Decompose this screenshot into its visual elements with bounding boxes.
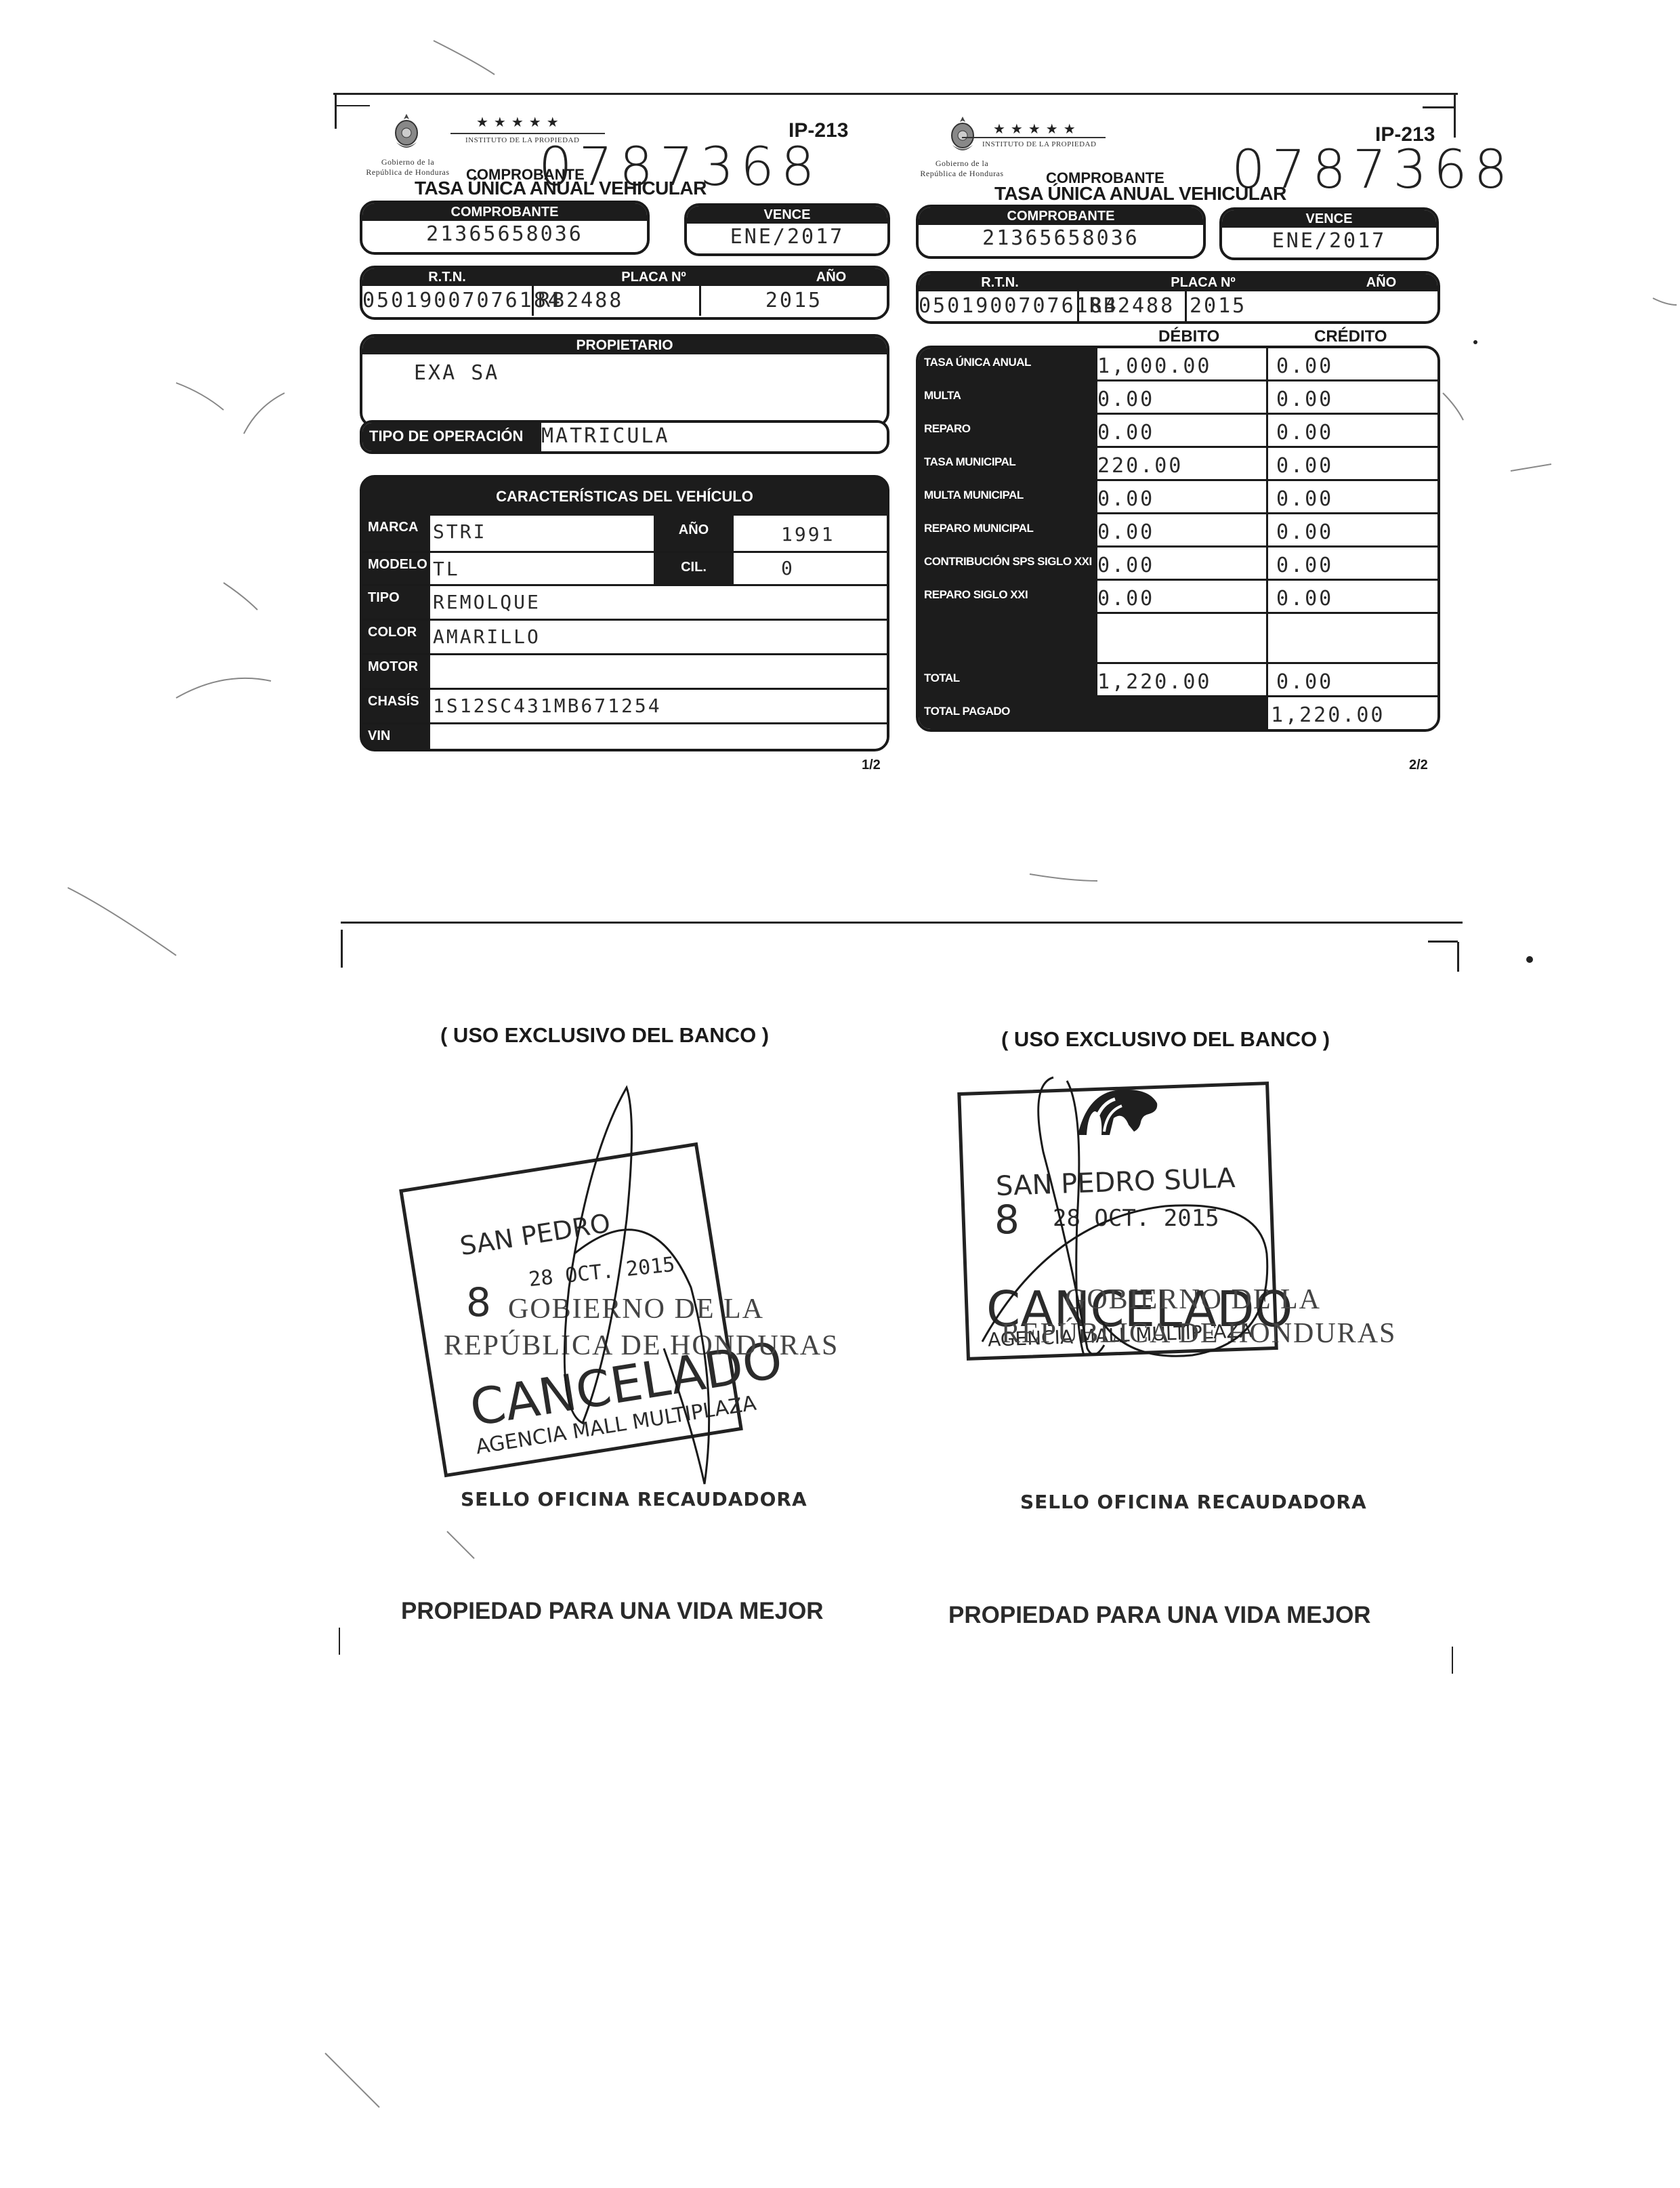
charge-credito: 0.00 bbox=[1268, 415, 1437, 448]
frame-left-tick bbox=[341, 930, 343, 968]
vehicle-characteristics-box: CARACTERÍSTICAS DEL VEHÍCULO MARCA STRI … bbox=[360, 475, 889, 751]
rtn-label: R.T.N. bbox=[362, 268, 532, 286]
charge-row: REPARO0.000.00 bbox=[919, 415, 1437, 448]
blank-row bbox=[919, 614, 1437, 664]
frame-left-short bbox=[336, 105, 370, 106]
collection-office-label: SELLO OFICINA RECAUDADORA bbox=[1020, 1491, 1367, 1513]
tipo-operacion-label: TIPO DE OPERACIÓN bbox=[362, 423, 541, 451]
charge-label: REPARO SIGLO XXI bbox=[919, 581, 1097, 614]
total-pagado-label: TOTAL PAGADO bbox=[919, 697, 1097, 730]
charge-label: MULTA MUNICIPAL bbox=[919, 481, 1097, 514]
rtn-value: 05019007076184 bbox=[919, 291, 1079, 321]
rtn-label: R.T.N. bbox=[919, 274, 1081, 291]
charge-credito: 0.00 bbox=[1268, 348, 1437, 381]
gov-seal-line1: GOBIERNO DE LA bbox=[508, 1293, 764, 1325]
charge-row: MULTA MUNICIPAL0.000.00 bbox=[919, 481, 1437, 514]
rtn-box: R.T.N. PLACA Nº AÑO 05019007076184 RB248… bbox=[360, 266, 889, 320]
charges-body: TASA ÚNICA ANUAL1,000.000.00MULTA0.000.0… bbox=[919, 348, 1437, 614]
total-pagado-row: TOTAL PAGADO 1,220.00 bbox=[919, 697, 1437, 730]
motto: PROPIEDAD PARA UNA VIDA MEJOR bbox=[948, 1602, 1371, 1629]
frame-right-bottom bbox=[1452, 1647, 1453, 1674]
tipo-label: TIPO bbox=[362, 586, 430, 619]
vence-value: ENE/2017 bbox=[1222, 228, 1436, 255]
charge-row: MULTA0.000.00 bbox=[919, 381, 1437, 415]
page-number: 2/2 bbox=[1409, 758, 1428, 773]
charge-row: CONTRIBUCIÓN SPS SIGLO XXI0.000.00 bbox=[919, 548, 1437, 581]
vence-label: VENCE bbox=[687, 206, 887, 224]
anio-value: 2015 bbox=[701, 286, 887, 316]
placa-label: PLACA Nº bbox=[532, 268, 776, 286]
charge-label: REPARO bbox=[919, 415, 1097, 448]
charge-credito: 0.00 bbox=[1268, 548, 1437, 581]
motto: PROPIEDAD PARA UNA VIDA MEJOR bbox=[401, 1598, 824, 1625]
vence-value: ENE/2017 bbox=[687, 224, 887, 251]
color-label: COLOR bbox=[362, 621, 430, 653]
cilindros-label: CIL. bbox=[654, 553, 734, 584]
gov-name: Gobierno de la República de Honduras bbox=[360, 157, 455, 178]
charge-credito: 0.00 bbox=[1268, 514, 1437, 548]
credito-header: CRÉDITO bbox=[1314, 327, 1387, 346]
total-label: TOTAL bbox=[919, 664, 1097, 697]
charge-label: TASA ÚNICA ANUAL bbox=[919, 348, 1097, 381]
cilindros-value: 0 bbox=[734, 553, 887, 584]
stamp-date: 28 OCT. 2015 bbox=[1053, 1205, 1219, 1232]
vence-label: VENCE bbox=[1222, 210, 1436, 228]
propietario-box: PROPIETARIO EXA SA bbox=[360, 334, 889, 428]
charge-label: REPARO MUNICIPAL bbox=[919, 514, 1097, 548]
charge-label: CONTRIBUCIÓN SPS SIGLO XXI bbox=[919, 548, 1097, 581]
chasis-label: CHASÍS bbox=[362, 690, 430, 722]
total-debito: 1,220.00 bbox=[1097, 664, 1268, 697]
handwritten-signatures bbox=[0, 0, 1680, 2188]
marca-label: MARCA bbox=[362, 516, 430, 551]
charge-row: TASA ÚNICA ANUAL1,000.000.00 bbox=[919, 348, 1437, 381]
tipo-operacion-value: MATRICULA bbox=[541, 423, 670, 451]
charge-credito: 0.00 bbox=[1268, 481, 1437, 514]
document-title: TASA ÚNICA ANUAL VEHICULAR bbox=[415, 178, 707, 199]
total-pagado-value: 1,220.00 bbox=[1268, 697, 1437, 730]
marca-value: STRI bbox=[430, 516, 654, 551]
institute-name: INSTITUTO DE LA PROPIEDAD bbox=[982, 140, 1096, 148]
charge-label: TASA MUNICIPAL bbox=[919, 448, 1097, 481]
charge-debito: 0.00 bbox=[1097, 381, 1268, 415]
frame-top-line bbox=[341, 922, 1463, 924]
modelo-value: TL bbox=[430, 553, 654, 584]
charge-debito: 0.00 bbox=[1097, 415, 1268, 448]
collection-office-label: SELLO OFICINA RECAUDADORA bbox=[461, 1488, 807, 1510]
comprobante-box: COMPROBANTE 21365658036 bbox=[360, 201, 650, 255]
propietario-value: EXA SA bbox=[362, 354, 887, 385]
propietario-label: PROPIETARIO bbox=[362, 337, 887, 354]
charge-credito: 0.00 bbox=[1268, 448, 1437, 481]
institute-rule bbox=[450, 133, 605, 134]
frame-right-short bbox=[1423, 106, 1455, 108]
stamp-teller: 8 bbox=[466, 1279, 491, 1325]
frame-right-tick bbox=[1457, 942, 1459, 972]
tipo-operacion-box: TIPO DE OPERACIÓN MATRICULA bbox=[360, 420, 889, 454]
anio-fab-label: AÑO bbox=[654, 516, 734, 551]
anio-label: AÑO bbox=[776, 268, 887, 286]
row-motor: MOTOR bbox=[362, 653, 887, 688]
frame-top-line bbox=[333, 93, 1458, 95]
comprobante-label: COMPROBANTE bbox=[362, 203, 647, 221]
document-title: TASA ÚNICA ANUAL VEHICULAR bbox=[994, 183, 1286, 205]
gov-name: Gobierno de la República de Honduras bbox=[915, 159, 1009, 179]
frame-right-tick bbox=[1454, 93, 1456, 138]
charge-row: REPARO SIGLO XXI0.000.00 bbox=[919, 581, 1437, 614]
row-chasis: CHASÍS 1S12SC431MB671254 bbox=[362, 688, 887, 722]
comprobante-value: 21365658036 bbox=[362, 221, 647, 248]
color-value: AMARILLO bbox=[430, 621, 887, 653]
rtn-box: R.T.N. PLACA Nº AÑO 05019007076184 RB248… bbox=[916, 271, 1440, 324]
total-row: TOTAL 1,220.00 0.00 bbox=[919, 664, 1437, 697]
charge-debito: 0.00 bbox=[1097, 514, 1268, 548]
charge-credito: 0.00 bbox=[1268, 581, 1437, 614]
honduras-coat-of-arms-icon bbox=[947, 115, 978, 156]
gov-seal-line2: REPÚBLICA DE HONDURAS bbox=[1001, 1317, 1396, 1350]
stamp-teller: 8 bbox=[994, 1197, 1020, 1243]
row-color: COLOR AMARILLO bbox=[362, 619, 887, 653]
vin-label: VIN bbox=[362, 724, 430, 751]
charge-debito: 0.00 bbox=[1097, 481, 1268, 514]
comprobante-box: COMPROBANTE 21365658036 bbox=[916, 205, 1206, 259]
row-marca: MARCA STRI AÑO 1991 bbox=[362, 516, 887, 551]
gov-seal-line1: GOBIERNO DE LA bbox=[1065, 1283, 1321, 1316]
comprobante-label: COMPROBANTE bbox=[919, 207, 1203, 225]
anio-fab-value: 1991 bbox=[734, 516, 887, 551]
institute-rule bbox=[962, 137, 1106, 138]
total-credito: 0.00 bbox=[1268, 664, 1437, 697]
placa-label: PLACA Nº bbox=[1081, 274, 1325, 291]
chasis-value: 1S12SC431MB671254 bbox=[430, 690, 887, 722]
characteristics-title: CARACTERÍSTICAS DEL VEHÍCULO bbox=[362, 478, 887, 516]
placa-value: RB2488 bbox=[534, 286, 701, 316]
comprobante-value: 21365658036 bbox=[919, 225, 1203, 252]
charges-table: TASA ÚNICA ANUAL1,000.000.00MULTA0.000.0… bbox=[916, 346, 1440, 732]
charge-label: MULTA bbox=[919, 381, 1097, 415]
page-number: 1/2 bbox=[862, 758, 881, 773]
bank-use-title: ( USO EXCLUSIVO DEL BANCO ) bbox=[1001, 1027, 1330, 1052]
placa-value: RB2488 bbox=[1079, 291, 1187, 321]
frame-left-tick bbox=[335, 95, 337, 129]
anio-value: 2015 bbox=[1187, 291, 1437, 321]
modelo-label: MODELO bbox=[362, 553, 430, 584]
debito-header: DÉBITO bbox=[1158, 327, 1219, 346]
gov-seal-line2: REPÚBLICA DE HONDURAS bbox=[444, 1329, 839, 1362]
frame-left-bottom bbox=[339, 1628, 340, 1655]
rtn-value: 05019007076184 bbox=[362, 286, 534, 316]
row-vin: VIN bbox=[362, 722, 887, 751]
motor-value bbox=[430, 655, 887, 688]
vence-box: VENCE ENE/2017 bbox=[684, 203, 890, 256]
vin-value bbox=[430, 724, 887, 751]
row-modelo: MODELO TL CIL. 0 bbox=[362, 551, 887, 584]
honduras-coat-of-arms-icon bbox=[391, 112, 422, 153]
institute-stars-icon: ★★★★★ bbox=[476, 114, 564, 131]
bank-use-title: ( USO EXCLUSIVO DEL BANCO ) bbox=[440, 1023, 769, 1048]
motor-label: MOTOR bbox=[362, 655, 430, 688]
charge-row: REPARO MUNICIPAL0.000.00 bbox=[919, 514, 1437, 548]
charge-debito: 0.00 bbox=[1097, 581, 1268, 614]
row-tipo: TIPO REMOLQUE bbox=[362, 584, 887, 619]
charge-debito: 1,000.00 bbox=[1097, 348, 1268, 381]
charge-debito: 0.00 bbox=[1097, 548, 1268, 581]
anio-label: AÑO bbox=[1325, 274, 1437, 291]
institute-stars-icon: ★★★★★ bbox=[993, 121, 1081, 138]
vence-box: VENCE ENE/2017 bbox=[1219, 207, 1439, 260]
charge-row: TASA MUNICIPAL220.000.00 bbox=[919, 448, 1437, 481]
charge-debito: 220.00 bbox=[1097, 448, 1268, 481]
charge-credito: 0.00 bbox=[1268, 381, 1437, 415]
tipo-value: REMOLQUE bbox=[430, 586, 887, 619]
frame-right-short bbox=[1428, 941, 1458, 943]
